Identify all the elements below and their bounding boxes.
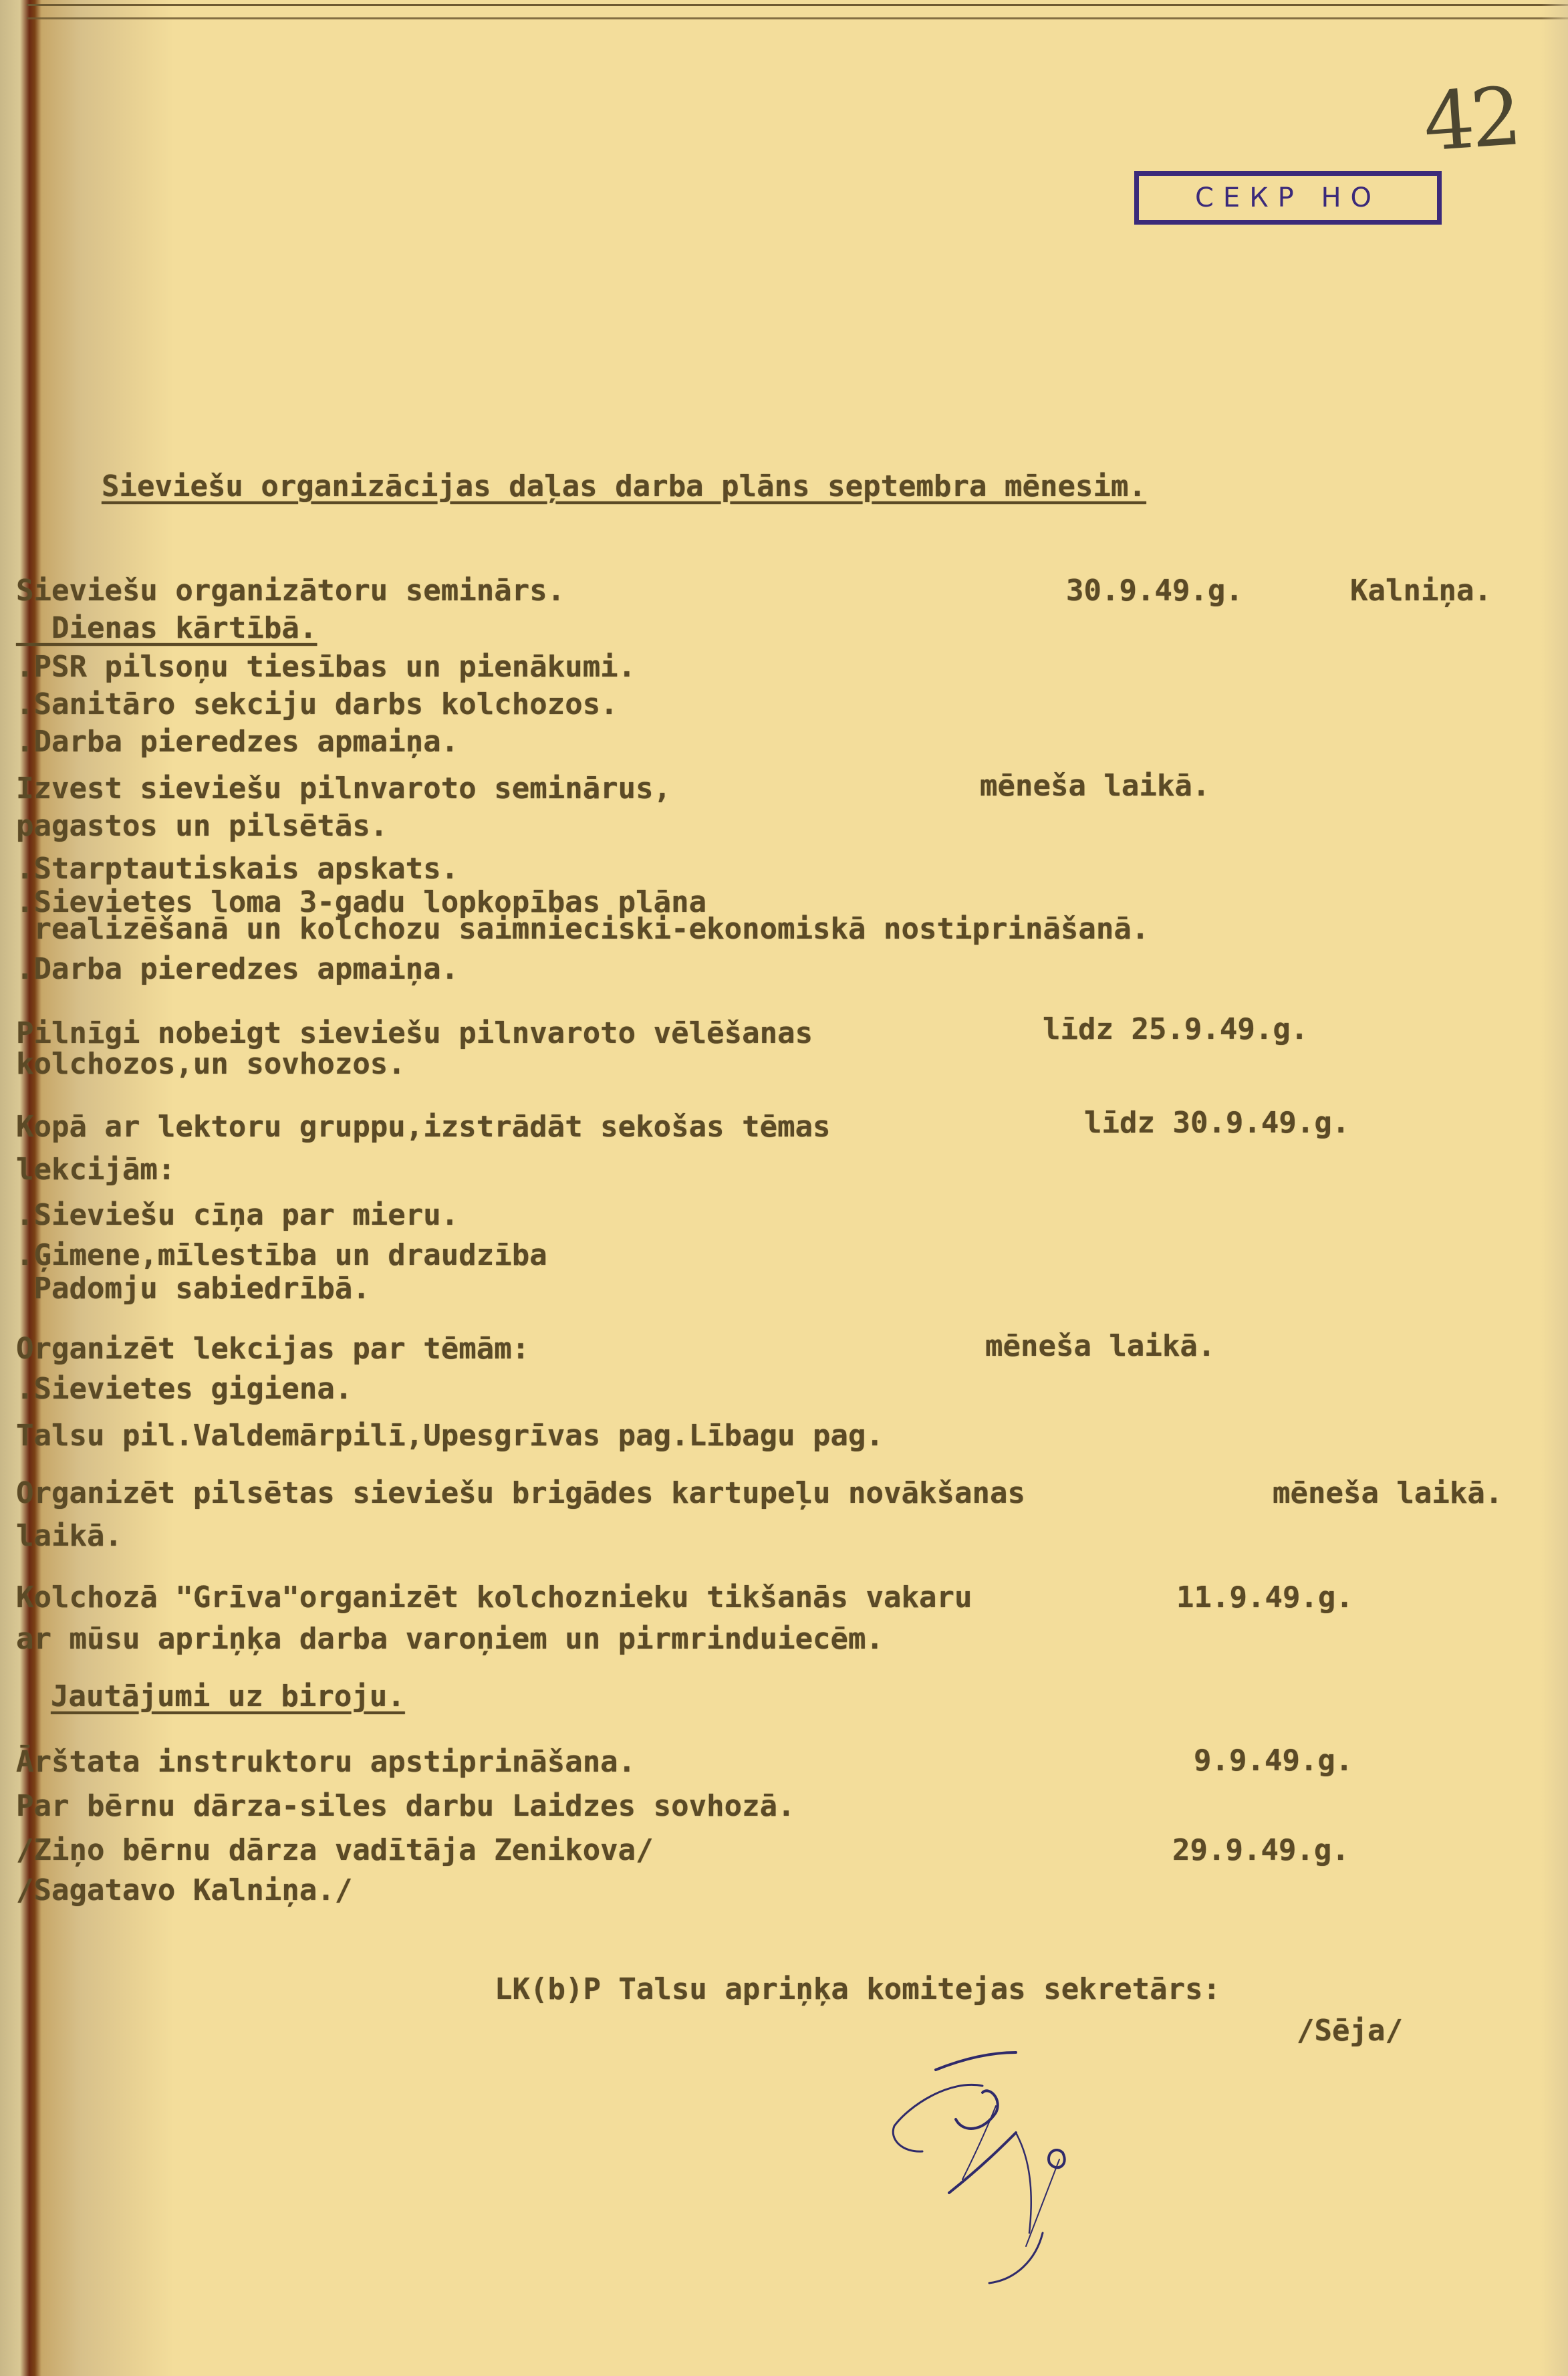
section-date: mēneša laikā. xyxy=(985,1328,1215,1365)
section-date: 11.9.49.g. xyxy=(1176,1579,1353,1617)
section-line: Izvest sieviešu pilnvaroto seminārus, xyxy=(16,770,671,808)
section-line: Organizēt lekcijas par tēmām: xyxy=(16,1330,529,1368)
section-line: ar mūsu apriņķa darba varoņiem un pirmri… xyxy=(16,1621,884,1658)
section-date: mēneša laikā. xyxy=(1273,1475,1502,1512)
top-border-line xyxy=(27,4,1568,6)
agenda-item: .Darba pieredzes apmaiņa. xyxy=(16,723,459,761)
section-line: Padomju sabiedrībā. xyxy=(16,1270,370,1308)
agenda-item: .Sanitāro sekciju darbs kolchozos. xyxy=(16,686,618,723)
signatory-title: LK(b)P Talsu apriņķa komitejas sekretārs… xyxy=(495,1971,1220,2008)
section-seminar-responsible: Kalniņa. xyxy=(1350,572,1492,610)
bureau-heading: Jautājumi uz biroju. xyxy=(51,1678,405,1715)
section-line: kolchozos,un sovhozos. xyxy=(16,1046,406,1083)
section-line: .Starptautiskais apskats. xyxy=(16,850,459,888)
handwritten-signature xyxy=(882,2032,1176,2327)
paper-edge xyxy=(1541,0,1568,2376)
document-title: Sieviešu organizācijas daļas darba plāns… xyxy=(102,468,1146,505)
signatory-name: /Sēja/ xyxy=(1297,2012,1403,2050)
section-seminar-line: Sieviešu organizātoru seminārs. xyxy=(16,572,565,610)
section-line: Organizēt pilsētas sieviešu brigādes kar… xyxy=(16,1475,1025,1512)
section-line: .Sieviešu cīņa par mieru. xyxy=(16,1197,459,1234)
section-line: Kopā ar lektoru gruppu,izstrādāt sekošas… xyxy=(16,1108,831,1146)
section-date: līdz 25.9.49.g. xyxy=(1043,1011,1308,1048)
section-line: pagastos un pilsētās. xyxy=(16,808,388,845)
section-line: Kolchozā "Grīva"organizēt kolchoznieku t… xyxy=(16,1579,972,1617)
bureau-item: Ārštata instruktoru apstiprināšana. xyxy=(16,1744,636,1781)
section-line: .Darba pieredzes apmaiņa. xyxy=(16,951,459,988)
bureau-item: /Sagatavo Kalniņa./ xyxy=(16,1872,352,1909)
agenda-item: .PSR pilsoņu tiesības un pienākumi. xyxy=(16,648,636,686)
handwritten-page-number: 42 xyxy=(1420,70,1521,169)
section-line: realizēšanā un kolchozu saimnieciski-eko… xyxy=(16,911,1149,948)
bureau-item-date: 29.9.49.g. xyxy=(1172,1832,1349,1869)
section-date: mēneša laikā. xyxy=(980,767,1210,805)
section-line: .Ģimene,mīlestība un draudzība xyxy=(16,1237,547,1274)
section-line: Talsu pil.Valdemārpilī,Upesgrīvas pag.Lī… xyxy=(16,1417,884,1455)
section-line: .Sievietes gigiena. xyxy=(16,1371,352,1408)
section-seminar-date: 30.9.49.g. xyxy=(1066,572,1243,610)
section-line: laikā. xyxy=(16,1518,122,1555)
agenda-heading: Dienas kārtībā. xyxy=(16,610,317,647)
secret-stamp: СЕКР НО xyxy=(1134,171,1442,225)
section-date: līdz 30.9.49.g. xyxy=(1084,1104,1349,1142)
bureau-item: /Ziņo bērnu dārza vadītāja Zenikova/ xyxy=(16,1832,654,1869)
bureau-item: Par bērnu dārza-siles darbu Laidzes sovh… xyxy=(16,1788,795,1825)
top-border-line xyxy=(27,17,1568,19)
section-line: lekcijām: xyxy=(16,1151,175,1189)
bureau-item-date: 9.9.49.g. xyxy=(1194,1742,1353,1780)
